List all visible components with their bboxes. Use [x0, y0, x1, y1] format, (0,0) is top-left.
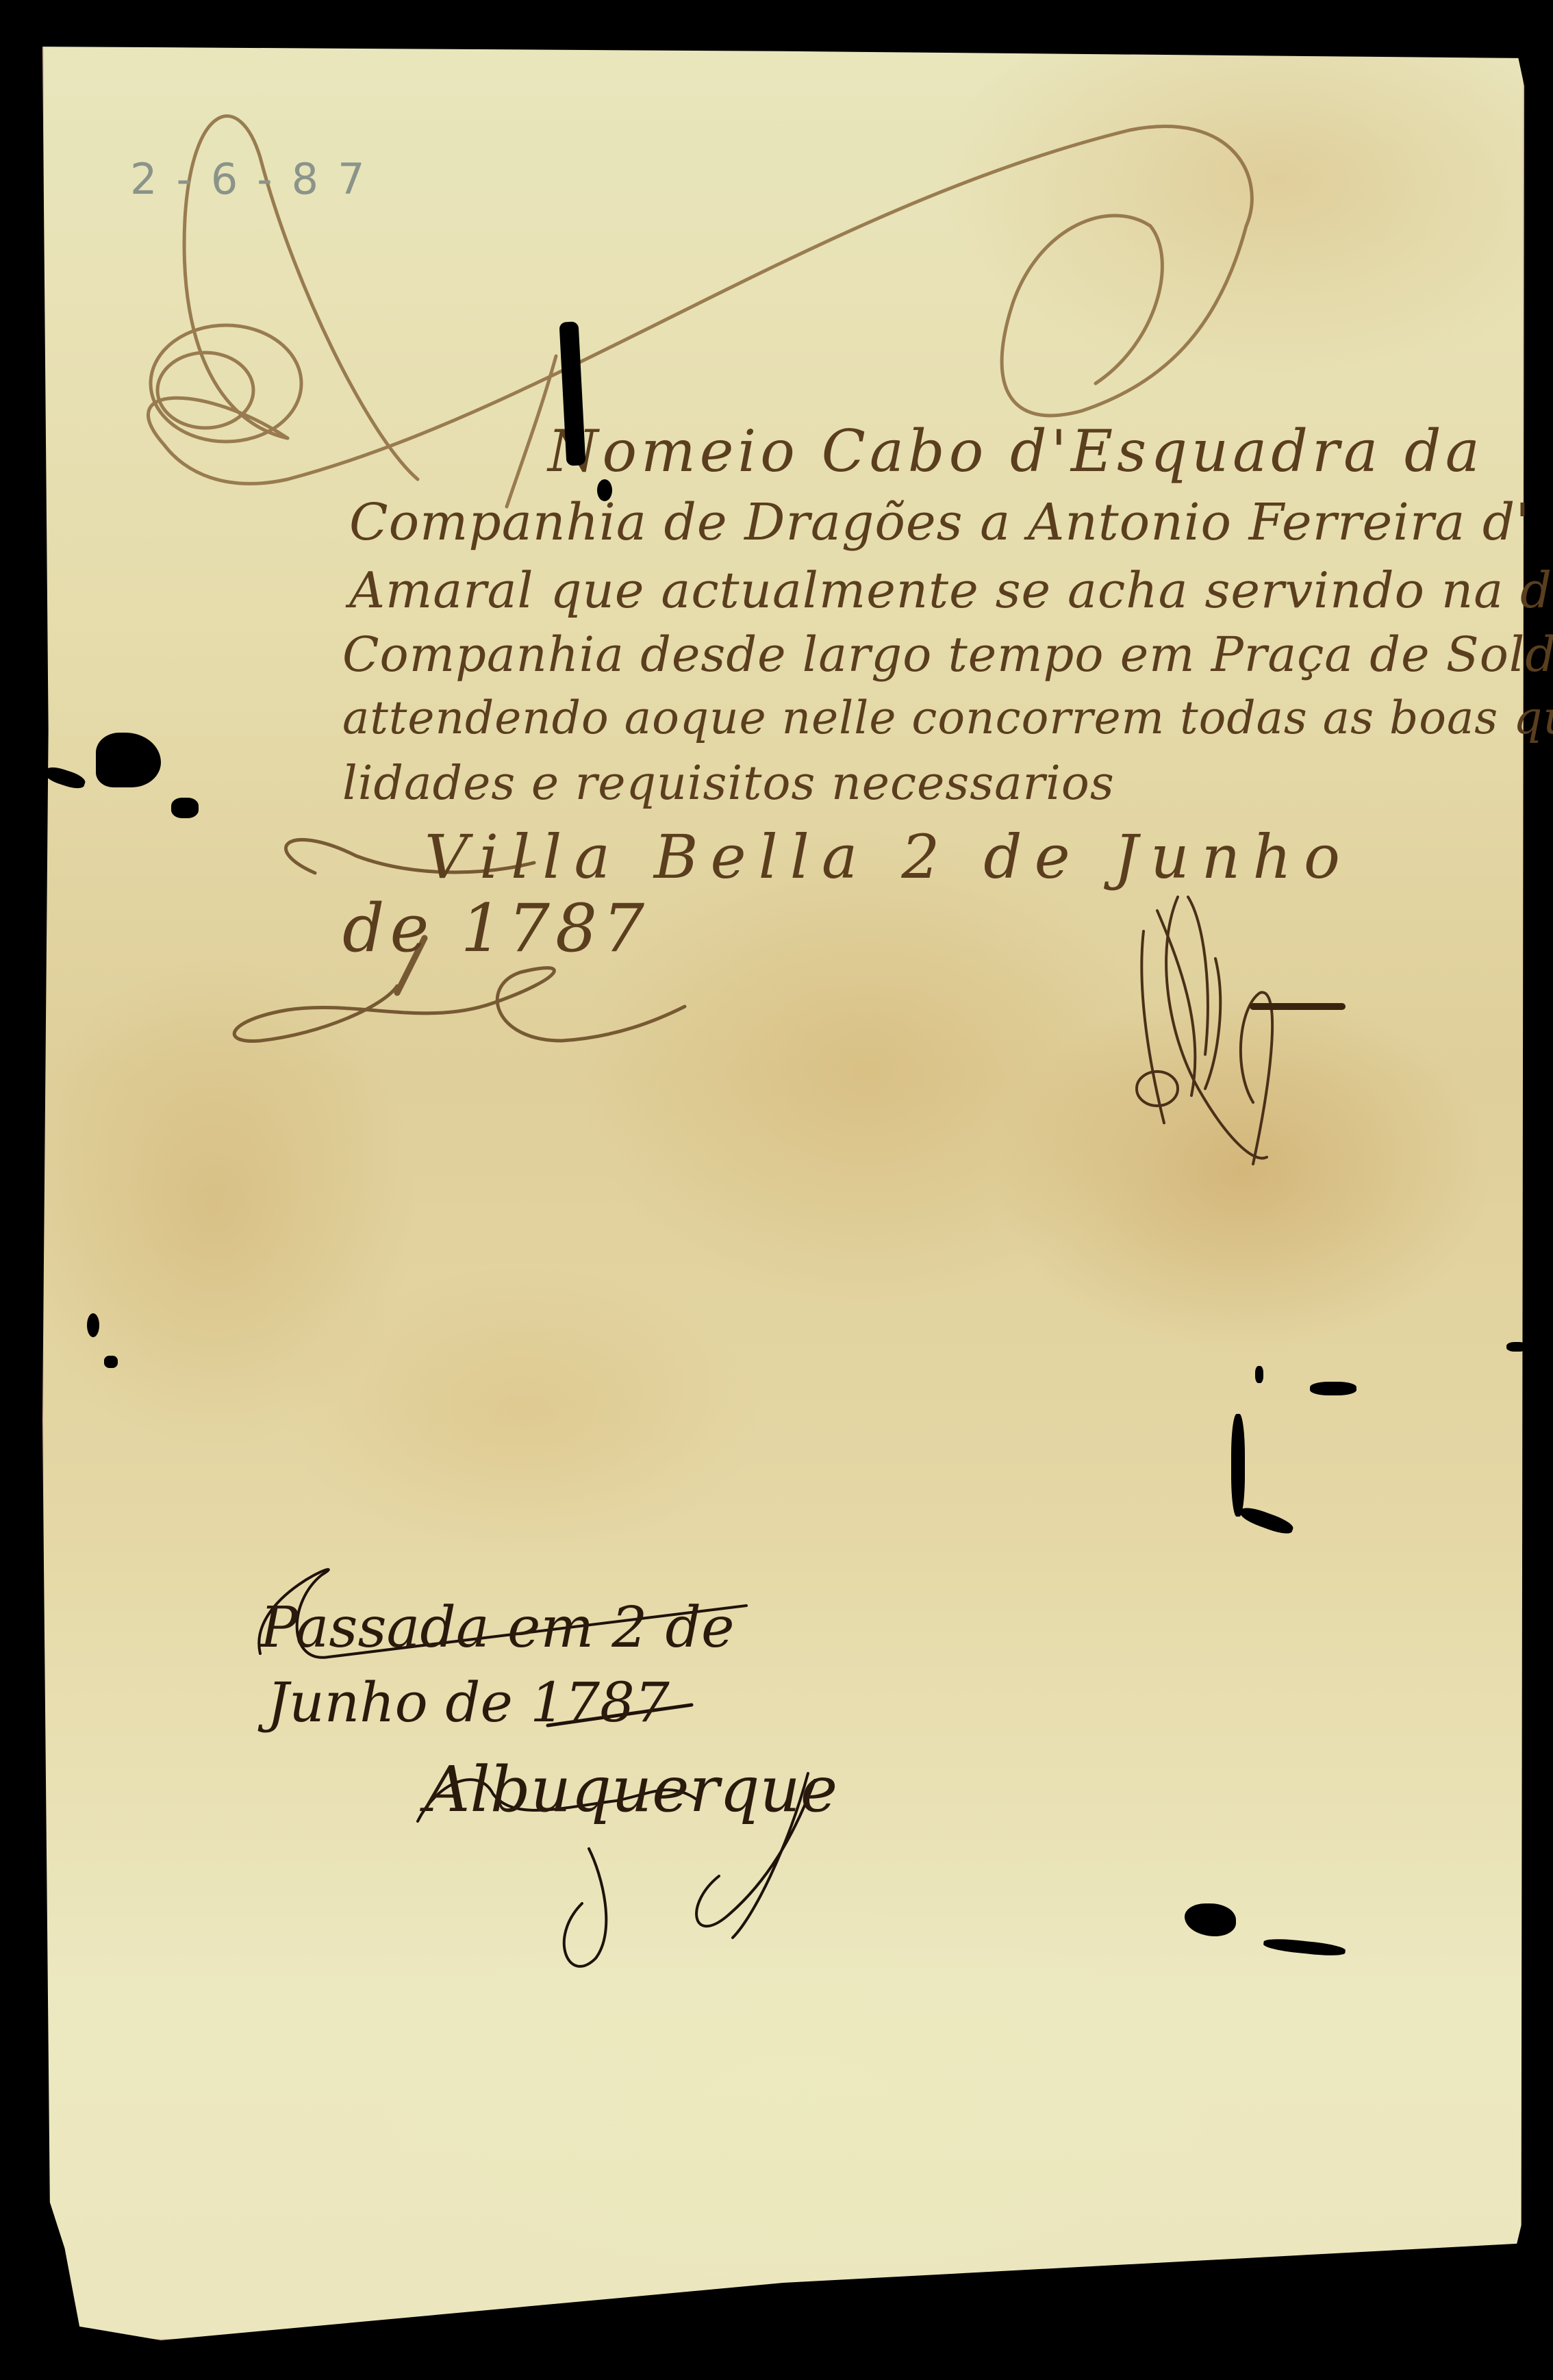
- hole-left-3: [171, 798, 199, 818]
- hole-right-2: [1231, 1414, 1245, 1517]
- text-line-1: Nomeio Cabo d'Esquadra da: [548, 418, 1484, 485]
- hole-left-5: [104, 1356, 118, 1368]
- hole-left-4: [87, 1313, 99, 1337]
- note-signature: Albuquerque: [425, 1753, 837, 1826]
- archive-pencil-note: 2-6-87: [130, 154, 384, 204]
- text-line-5: attendendo aoque nelle concorrem todas a…: [342, 692, 1553, 744]
- year-line: de 1787: [342, 890, 650, 967]
- hole-right-4: [1255, 1366, 1263, 1383]
- hole-right-1: [1310, 1382, 1356, 1395]
- text-line-2: Companhia de Dragões a Antonio Ferreira …: [349, 493, 1530, 552]
- document-paper: [42, 40, 1524, 2340]
- hole-right-edge: [1506, 1342, 1527, 1352]
- text-line-4: Companhia desde largo tempo em Praça de …: [342, 626, 1553, 683]
- note-line-2: Junho de 1787: [267, 1671, 670, 1734]
- text-line-3: Amaral que actualmente se acha servindo …: [349, 561, 1553, 619]
- ink-blot-drop: [597, 479, 612, 501]
- note-line-1: Passada em 2 de: [260, 1595, 734, 1660]
- text-line-6: lidades e requisitos necessarios: [342, 757, 1115, 811]
- place-date-line: Villa Bella 2 de Junho: [425, 822, 1352, 892]
